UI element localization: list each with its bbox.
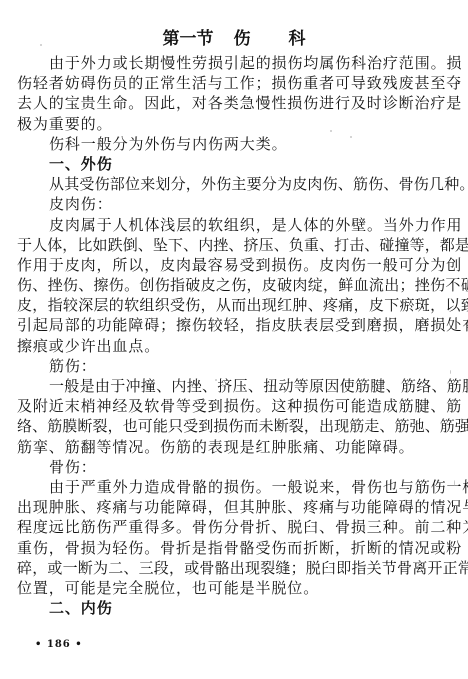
text-line: 伤科一般分为外伤与内伤两大类。 <box>17 134 449 154</box>
text-line: 重伤，骨损为轻伤。骨折是指骨骼受伤而折断，折断的情况或粉 <box>17 538 449 558</box>
scan-speck <box>350 136 352 138</box>
heading-external-injury: 一、外伤 <box>17 154 449 174</box>
paragraph-bone-injury: 由于严重外力造成骨骼的损伤。一般说来，骨伤也与筋伤一样 出现肿胀、疼痛与功能障碍… <box>17 477 449 598</box>
section-title: 第一节伤科 <box>0 28 468 50</box>
text-line: 引起局部的功能障碍；擦伤较轻，指皮肤表层受到磨损，磨损处有 <box>17 315 449 335</box>
paragraph-classification: 伤科一般分为外伤与内伤两大类。 <box>17 134 449 154</box>
text-line: 位置，可能是完全脱位，也可能是半脱位。 <box>17 578 449 598</box>
subheading-tendon-injury: 筋伤： <box>17 356 449 376</box>
subheading-text: 骨伤： <box>17 457 449 477</box>
paragraph-tendon-injury: 一般是由于冲撞、内挫、挤压、扭动等原因使筋腱、筋络、筋膜， 及附近末梢神经及软骨… <box>17 376 449 457</box>
scan-speck <box>450 370 451 374</box>
text-line: 作用于皮肉，所以，皮肉最容易受到损伤。皮肉伤一般可分为创 <box>17 255 449 275</box>
paragraph-intro: 由于外力或长期慢性劳损引起的损伤均属伤科治疗范围。损 伤轻者妨碍伤员的正常生活与… <box>17 53 449 134</box>
text-line: 及附近末梢神经及软骨等受到损伤。这种损伤可能造成筋腱、筋 <box>17 396 449 416</box>
text-line: 由于严重外力造成骨骼的损伤。一般说来，骨伤也与筋伤一样 <box>17 477 449 497</box>
section-title-char-2: 科 <box>289 28 306 50</box>
text-line: 筋挛、筋翻等情况。伤筋的表现是红肿胀痛、功能障碍。 <box>17 437 449 457</box>
text-line: 从其受伤部位来划分，外伤主要分为皮肉伤、筋伤、骨伤几种。 <box>17 174 449 194</box>
subheading-text: 筋伤： <box>17 356 449 376</box>
page-body: 由于外力或长期慢性劳损引起的损伤均属伤科治疗范围。损 伤轻者妨碍伤员的正常生活与… <box>17 53 449 618</box>
scan-speck <box>330 130 332 132</box>
subheading-text: 皮肉伤： <box>17 194 449 214</box>
page-number: • 186 • <box>35 638 83 652</box>
section-number: 第一节 <box>163 28 214 50</box>
scan-speck <box>40 44 42 46</box>
subheading-skin-injury: 皮肉伤： <box>17 194 449 214</box>
section-title-char-1: 伤 <box>234 28 251 50</box>
text-line: 出现肿胀、疼痛与功能障碍，但其肿胀、疼痛与功能障碍的情况与 <box>17 497 449 517</box>
text-line: 于人体，比如跌倒、坠下、内挫、挤压、负重、打击、碰撞等，都是首先 <box>17 235 449 255</box>
text-line: 碎，或一断为二、三段，或骨骼出现裂缝；脱臼即指关节骨离开正常 <box>17 558 449 578</box>
text-line: 皮，指较深层的软组织受伤，从而出现红肿、疼痛，皮下瘀斑，以致 <box>17 295 449 315</box>
text-line: 皮肉属于人机体浅层的软组织，是人体的外壁。当外力作用 <box>17 215 449 235</box>
subheading-bone-injury: 骨伤： <box>17 457 449 477</box>
heading-internal-injury: 二、内伤 <box>17 598 449 618</box>
text-line: 由于外力或长期慢性劳损引起的损伤均属伤科治疗范围。损 <box>17 53 449 73</box>
text-line: 络、筋膜断裂，也可能只受到损伤而未断裂，出现筋走、筋弛、筋强、 <box>17 416 449 436</box>
heading-text: 一、外伤 <box>17 154 449 174</box>
scan-speck <box>215 379 217 381</box>
text-line: 一般是由于冲撞、内挫、挤压、扭动等原因使筋腱、筋络、筋膜， <box>17 376 449 396</box>
text-line: 程度远比筋伤严重得多。骨伤分骨折、脱臼、骨损三种。前二种为 <box>17 517 449 537</box>
text-line: 伤轻者妨碍伤员的正常生活与工作；损伤重者可导致残废甚至夺 <box>17 73 449 93</box>
heading-text: 二、内伤 <box>17 598 449 618</box>
text-line: 极为重要的。 <box>17 114 449 134</box>
text-line: 伤、挫伤、擦伤。创伤指破皮之伤，皮破肉绽，鲜血流出；挫伤不破 <box>17 275 449 295</box>
book-page: 第一节伤科 由于外力或长期慢性劳损引起的损伤均属伤科治疗范围。损 伤轻者妨碍伤员… <box>0 0 468 679</box>
paragraph-skin-injury: 皮肉属于人机体浅层的软组织，是人体的外壁。当外力作用 于人体，比如跌倒、坠下、内… <box>17 215 449 356</box>
scan-speck <box>454 480 455 486</box>
text-line: 去人的宝贵生命。因此，对各类急慢性损伤进行及时诊断治疗是 <box>17 93 449 113</box>
paragraph-external-types: 从其受伤部位来划分，外伤主要分为皮肉伤、筋伤、骨伤几种。 <box>17 174 449 194</box>
text-line: 擦痕或少许出血点。 <box>17 336 449 356</box>
